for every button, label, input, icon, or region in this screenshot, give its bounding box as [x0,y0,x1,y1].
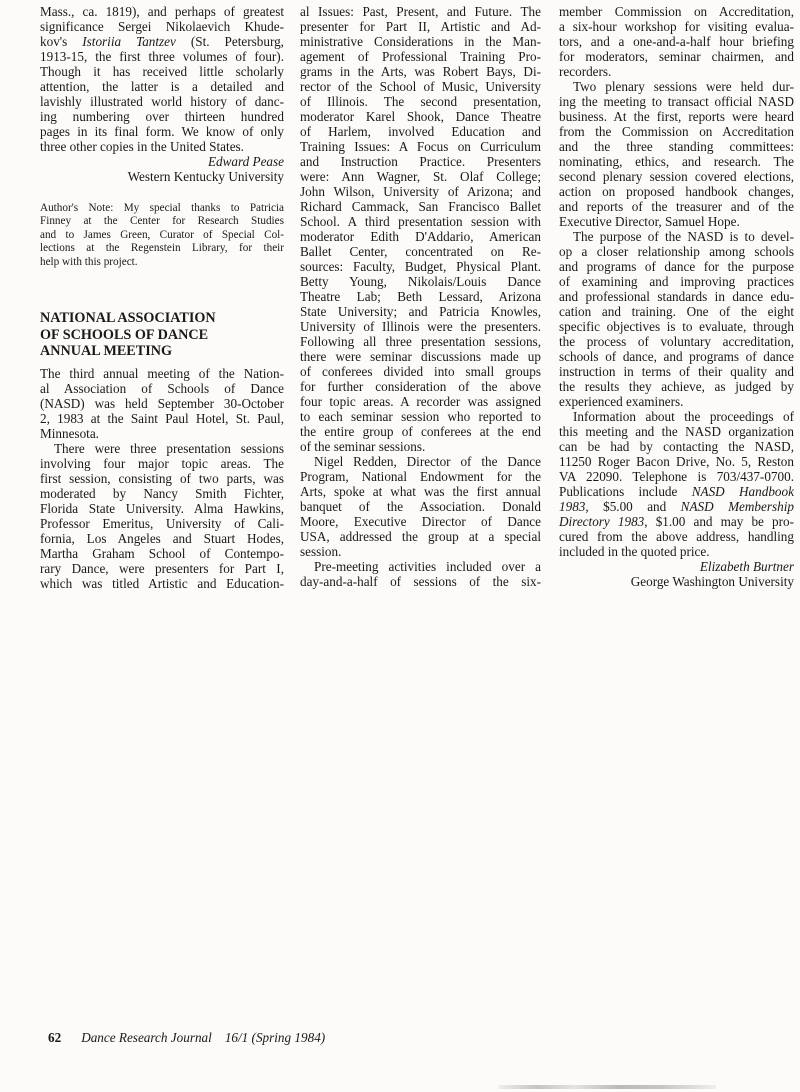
text-line: Arts, spoke at what was the first annual [300,484,541,499]
signature-block: Elizabeth BurtnerGeorge Washington Unive… [559,559,794,589]
text-line: ANNUAL MEETING [40,343,284,360]
text-line: agement of Professional Training Pro- [300,49,541,64]
text-line: can be had by contacting the NASD, [559,439,794,454]
text-line: cation and training. One of the eight [559,304,794,319]
text-line: to each seminar session who reported to [300,409,541,424]
text-line: of Illinois. The second presentation, [300,94,541,109]
heading-block: NATIONAL ASSOCIATIONOF SCHOOLS OF DANCEA… [40,310,284,360]
text-line: and to James Green, Curator of Special C… [40,229,284,242]
text-line: USA, addressed the group at a special [300,529,541,544]
text-line: day-and-a-half of sessions of the six- [300,574,541,589]
text-column-2: al Issues: Past, Present, and Future. Th… [300,4,541,591]
text-line: nominating, ethics, and research. The [559,154,794,169]
text-line: member Commission on Accreditation, [559,4,794,19]
text-line: and reports of the treasurer and of the [559,199,794,214]
text-line: and Instruction Practice. Presenters [300,154,541,169]
text-line: al Issues: Past, Present, and Future. Th… [300,4,541,19]
text-line: Nigel Redden, Director of the Dance [300,454,541,469]
paragraph-block: The purpose of the NASD is to devel-op a… [559,229,794,409]
paragraph-block: The third annual meeting of the Nation-a… [40,366,284,441]
text-line: experienced examiners. [559,394,794,409]
text-line: The third annual meeting of the Nation- [40,366,284,381]
text-line: moderated by Nancy Smith Fichter, [40,486,284,501]
text-column-1: Mass., ca. 1819), and perhaps of greates… [40,4,284,591]
text-line: a six-hour workshop for visiting evalua- [559,19,794,34]
text-line: presenter for Part II, Artistic and Ad- [300,19,541,34]
note-block: Author's Note: My special thanks to Patr… [40,202,284,269]
text-line: of conferees divided into small groups [300,364,541,379]
text-line: Mass., ca. 1819), and perhaps of greates… [40,4,284,19]
text-line: banquet of the Association. Donald [300,499,541,514]
text-line: session. [300,544,541,559]
text-line: Program, National Endowment for the [300,469,541,484]
text-line: Edward Pease [40,154,284,169]
text-line: schools of dance, and programs of dance [559,349,794,364]
text-line: 1913-15, the first three volumes of four… [40,49,284,64]
text-line: OF SCHOOLS OF DANCE [40,327,284,344]
text-line: included in the quoted price. [559,544,794,559]
text-line: and programs of dance for the purpose [559,259,794,274]
text-line: of Harlem, involved Education and [300,124,541,139]
text-line: from the Commission on Accreditation [559,124,794,139]
text-line: tors, and a one-and-a-half hour briefing [559,34,794,49]
text-line: Following all three presentation session… [300,334,541,349]
paragraph-block: Pre-meeting activities included over ada… [300,559,541,589]
text-line: Training Issues: A Focus on Curriculum [300,139,541,154]
text-line: rector of the School of Music, Universit… [300,79,541,94]
text-line: moderator Karel Shook, Dance Theatre [300,109,541,124]
text-line: three other copies in the United States. [40,139,284,154]
journal-page: Mass., ca. 1819), and perhaps of greates… [0,0,800,1092]
text-line: sources: Faculty, Budget, Physical Plant… [300,259,541,274]
text-line: The purpose of the NASD is to devel- [559,229,794,244]
text-line: and professional standards in dance edu- [559,289,794,304]
text-line: VA 22090. Telephone is 703/437-0700. [559,469,794,484]
text-line: Professor Emeritus, University of Cali- [40,516,284,531]
text-line: Betty Young, Nikolais/Louis Dance [300,274,541,289]
text-line: which was titled Artistic and Education- [40,576,284,591]
paragraph-block: Nigel Redden, Director of the DanceProgr… [300,454,541,559]
text-line: grams in the Arts, was Robert Bays, Di- [300,64,541,79]
paragraph-block: member Commission on Accreditation,a six… [559,4,794,79]
text-line: action on proposed handbook changes, [559,184,794,199]
text-line: specific objectives is to evaluate, thro… [559,319,794,334]
text-line: of the seminar sessions. [300,439,541,454]
page-footer: 62Dance Research Journal16/1 (Spring 198… [48,1030,325,1046]
text-line: the results they achieve, as judged by [559,379,794,394]
text-line: Pre-meeting activities included over a [300,559,541,574]
text-line: Author's Note: My special thanks to Patr… [40,202,284,215]
text-line: 1983, $5.00 and NASD Membership [559,499,794,514]
text-line: Western Kentucky University [40,169,284,184]
text-line: four topic areas. A recorder was assigne… [300,394,541,409]
text-line: involving four major topic areas. The [40,456,284,471]
text-line: Moore, Executive Director of Dance [300,514,541,529]
text-line: 11250 Roger Bacon Drive, No. 5, Reston [559,454,794,469]
text-line: op a closer relationship among schools [559,244,794,259]
text-line: help with this project. [40,256,284,269]
text-line: recorders. [559,64,794,79]
text-line: Richard Cammack, San Francisco Ballet [300,199,541,214]
text-line: instruction in terms of their quality an… [559,364,794,379]
paragraph-block: There were three presentation sessionsin… [40,441,284,591]
text-line: pages in its final form. We know of only [40,124,284,139]
text-line: Publications include NASD Handbook [559,484,794,499]
text-line: Martha Graham School of Contempo- [40,546,284,561]
signature-block: Edward PeaseWestern Kentucky University [40,154,284,184]
text-line: this meeting and the NASD organization [559,424,794,439]
text-line: Executive Director, Samuel Hope. [559,214,794,229]
text-line: fornia, Los Angeles and Stuart Hodes, [40,531,284,546]
paragraph-block: Mass., ca. 1819), and perhaps of greates… [40,4,284,154]
text-line: for moderators, seminar chairmen, and [559,49,794,64]
journal-title: Dance Research Journal [81,1030,212,1045]
paragraph-block: Two plenary sessions were held dur-ing t… [559,79,794,229]
text-line: Ballet Center, concentrated on Re- [300,244,541,259]
text-line: ing the meeting to transact official NAS… [559,94,794,109]
text-line: Minnesota. [40,426,284,441]
text-line: Information about the proceedings of [559,409,794,424]
text-line: were: Ann Wagner, St. Olaf College; [300,169,541,184]
text-line: Finney at the Center for Research Studie… [40,215,284,228]
text-line: NATIONAL ASSOCIATION [40,310,284,327]
page-number: 62 [48,1030,61,1045]
text-line: first session, consisting of two parts, … [40,471,284,486]
text-line: ing numbering over thirteen hundred [40,109,284,124]
article-columns: Mass., ca. 1819), and perhaps of greates… [40,4,794,591]
text-line: George Washington University [559,574,794,589]
text-line: lavishly illustrated world history of da… [40,94,284,109]
text-line: John Wilson, University of Arizona; and [300,184,541,199]
text-line: al Association of Schools of Dance [40,381,284,396]
paragraph-block: al Issues: Past, Present, and Future. Th… [300,4,541,454]
text-line: and the three standing committees: [559,139,794,154]
text-line: attention, the latter is a detailed and [40,79,284,94]
text-line: second plenary session covered elections… [559,169,794,184]
text-line: 2, 1983 at the Saint Paul Hotel, St. Pau… [40,411,284,426]
text-line: moderator Edith D'Addario, American [300,229,541,244]
text-line: Florida State University. Alma Hawkins, [40,501,284,516]
text-line: significance Sergei Nikolaevich Khude- [40,19,284,34]
text-line: State University; and Patricia Knowles, [300,304,541,319]
text-line: (NASD) was held September 30-October [40,396,284,411]
text-line: of examining and improving practices [559,274,794,289]
text-line: there were seminar discussions made up [300,349,541,364]
text-line: rary Dance, were presenters for Part I, [40,561,284,576]
text-line: There were three presentation sessions [40,441,284,456]
text-line: Elizabeth Burtner [559,559,794,574]
text-line: Though it has received little scholarly [40,64,284,79]
text-line: University of Illinois were the presente… [300,319,541,334]
paragraph-block: Information about the proceedings ofthis… [559,409,794,559]
text-line: cured from the above address, handling [559,529,794,544]
text-line: the process of voluntary accreditation, [559,334,794,349]
text-line: Two plenary sessions were held dur- [559,79,794,94]
text-column-3: member Commission on Accreditation,a six… [559,4,794,591]
text-line: ministrative Considerations in the Man- [300,34,541,49]
text-line: kov's Istoriia Tantzev (St. Petersburg, [40,34,284,49]
scan-artifact [498,1085,716,1089]
text-line: School. A third presentation session wit… [300,214,541,229]
text-line: the entire group of conferees at the end [300,424,541,439]
journal-issue: 16/1 (Spring 1984) [225,1030,325,1045]
text-line: business. At the first, reports were hea… [559,109,794,124]
text-line: for further consideration of the above [300,379,541,394]
text-line: Directory 1983, $1.00 and may be pro- [559,514,794,529]
text-line: Theatre Lab; Beth Lessard, Arizona [300,289,541,304]
text-line: lections at the Regenstein Library, for … [40,242,284,255]
